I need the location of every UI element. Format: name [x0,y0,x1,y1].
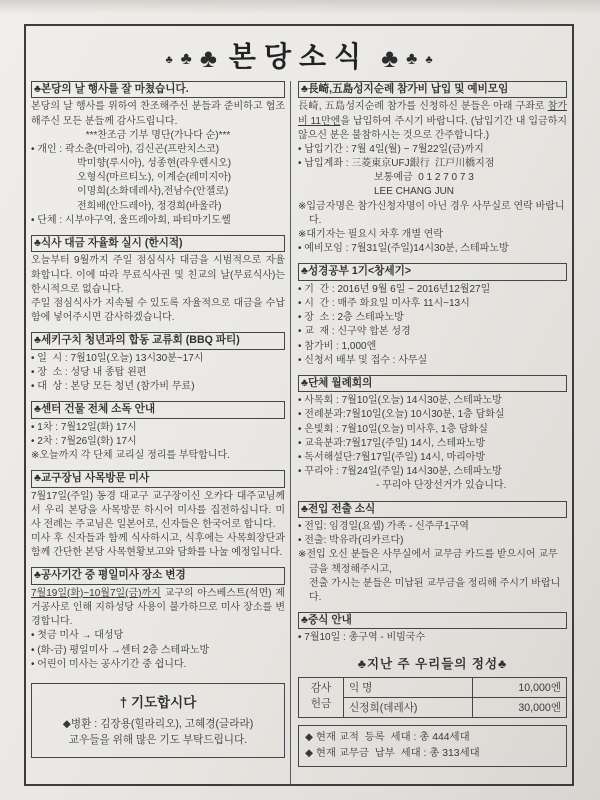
section-header: ♣단체 월례회의 [298,375,567,392]
info-line: • 기 간 : 2016년 9월 6일 ~ 2016년12월27일 [298,283,567,297]
info-line: • 장 소 : 2층 스테파노방 [298,311,567,325]
donor-line: 박미향(루시아), 성종현(라우렌시오) [31,157,285,171]
meeting-line: • 교육분과:7월17일(주일) 14시, 스테파노방 [298,437,567,451]
info-line: • 시 간 : 매주 화요일 미사후 11시~13시 [298,297,567,311]
columns: ♣본당의 날 행사를 잘 마쳤습니다. 본당의 날 행사를 위하여 찬조해주신 … [26,79,572,785]
newsletter-photo: ♣♣♣본당소식♣♣♣ ♣본당의 날 행사를 잘 마쳤습니다. 본당의 날 행사를… [0,0,600,800]
stats-line: ◆ 현재 교무금 납부 세대 : 총 313세대 [305,746,560,762]
section-header: ♣중식 안내 [298,612,567,629]
body-paragraph: 7월17일(주일) 동경 대교구 교구장이신 오카다 대주교님께서 우리 본당을… [31,490,285,533]
offer-type-line: 헌금 [304,697,338,713]
newsletter-title: ♣♣♣본당소식♣♣♣ [26,35,572,75]
info-line: • 교 재 : 신구약 합본 성경 [298,325,567,339]
section-header: ♣교구장님 사목방문 미사 [31,470,285,487]
note-line: ※전입 오신 분들은 사무실에서 교무금 카드를 받으시어 교무금을 책정해주시… [298,548,567,576]
info-line: • 첫금 미사 → 대성당 [31,629,285,643]
club-icon: ♣ [181,49,192,68]
offer-type-line: 감사 [304,681,338,697]
section-archbishop-visit: ♣교구장님 사목방문 미사 7월17일(주일) 동경 대교구 교구장이신 오카다… [31,470,285,560]
body-paragraph: 미사 후 신자들과 함께 식사하시고, 식후에는 사목회장단과 함께 간단한 본… [31,532,285,560]
section-lunch-info: ♣중식 안내 • 7월10일 : 총구역 - 비빔국수 [298,612,567,646]
body-paragraph: 7월19일(화)~10월7일(금)까지 교구의 아스베스트(석면) 제거공사로 … [31,587,285,630]
info-line: ※오늘까지 각 단체 교리실 정리를 부탁합니다. [31,449,285,463]
note-line: ※대기자는 필요시 차후 개별 연락 [298,228,567,242]
donor-name-cell: 익 명 [344,677,473,697]
amount-cell: 30,000엔 [473,697,567,717]
info-line: • 일 시 : 7월10일(오늘) 13시30분~17시 [31,352,285,366]
body-paragraph: 長崎, 五島성지순례 참가를 신청하신 분들은 아래 구좌로 참가비 11만엔을… [298,100,567,143]
section-bbq-party: ♣세키구치 청년과의 합동 교류회 (BBQ 파티) • 일 시 : 7월10일… [31,332,285,394]
meeting-line: • 꾸리아 : 7월24일(주일) 14시30분, 스테파노방 [298,465,567,479]
donor-line: 오형식(마르티노), 이계순(레미지아) [31,171,285,185]
section-header: ♣성경공부 1기<창세기> [298,263,567,280]
prayer-line: 교우들을 위해 많은 기도 부탁드립니다. [36,733,280,749]
body-paragraph: 오늘부터 9월까지 주일 점심식사 대금을 시범적으로 자율화합니다. 이에 따… [31,254,285,297]
section-pilgrimage-payment: ♣長崎,五島성지순례 참가비 납입 및 예비모임 長崎, 五島성지순례 참가를 … [298,81,567,256]
section-header: ♣전입 전출 소식 [298,501,567,518]
section-bible-study: ♣성경공부 1기<창세기> • 기 간 : 2016년 9월 6일 ~ 2016… [298,263,567,367]
donor-list-title: ***찬조금 기부 명단(가나다 순)*** [31,129,285,143]
info-line: • 1차 : 7월12일(화) 17시 [31,421,285,435]
info-line: • 대 상 : 본당 모든 청년 (참가비 무료) [31,380,285,394]
note-line: ※입금자명은 참가신청자명이 아닌 경우 사무실로 연락 바랍니다. [298,200,567,228]
section-header: ♣공사기간 중 평일미사 장소 변경 [31,567,285,584]
section-header: ♣長崎,五島성지순례 참가비 납입 및 예비모임 [298,81,567,98]
offer-type-cell: 감사 헌금 [299,677,344,717]
section-header: ♣본당의 날 행사를 잘 마쳤습니다. [31,81,285,98]
prayer-line: ◆병환 : 김장용(힐라리오), 고혜경(글라라) [36,717,280,733]
account-line: 보통예금 0 1 2 7 0 7 3 [298,171,567,185]
right-column: ♣長崎,五島성지순례 참가비 납입 및 예비모임 長崎, 五島성지순례 참가를 … [290,81,567,785]
amount-cell: 10,000엔 [473,677,567,697]
club-icon: ♣ [381,43,398,73]
donor-line: 전희배(안드레아), 정경희(바울라) [31,200,285,214]
prayer-box: † 기도합시다 ◆병환 : 김장용(힐라리오), 고혜경(글라라) 교우들을 위… [31,683,285,758]
page-border: ♣♣♣본당소식♣♣♣ ♣본당의 날 행사를 잘 마쳤습니다. 본당의 날 행사를… [24,24,574,786]
meeting-line: • 사목회 : 7월10일(오늘) 14시30분, 스테파노방 [298,394,567,408]
info-line: • 2차 : 7월26일(화) 17시 [31,435,285,449]
left-column: ♣본당의 날 행사를 잘 마쳤습니다. 본당의 날 행사를 위하여 찬조해주신 … [31,81,290,785]
donor-line: • 단체 : 시부야구역, 울뜨레아회, 파티마기도쎌 [31,214,285,228]
info-line: • 어린이 미사는 공사기간 중 쉽니다. [31,658,285,672]
meeting-line: • 독서해설단:7월17일(주일) 14시, 마리아방 [298,451,567,465]
table-row: 감사 헌금 익 명 10,000엔 [299,677,567,697]
meeting-note: - 꾸리아 단장선거가 있습니다. [298,479,567,493]
note-line: 전출 가시는 분들은 미납된 교무금을 정리해 주시기 바랍니다. [298,577,567,605]
section-monthly-meetings: ♣단체 월례회의 • 사목회 : 7월10일(오늘) 14시30분, 스테파노방… [298,375,567,494]
paragraph-pre: 長崎, 五島성지순례 참가를 신청하신 분들은 아래 구좌로 [298,101,548,112]
donor-name-cell: 신정희(데레사) [344,697,473,717]
club-icon: ♣ [165,54,172,66]
meeting-line: • 은빛회 : 7월10일(오늘) 미사후, 1층 담화실 [298,423,567,437]
offerings-table: 감사 헌금 익 명 10,000엔 신정희(데레사) 30,000엔 [298,677,567,718]
section-move-in-out: ♣전입 전출 소식 • 전입: 임경일(요셉) 가족 - 신주쿠1구역 • 전출… [298,501,567,605]
donor-line: 이명희(소화데레사),전남수(안젤로) [31,185,285,199]
info-line: • 장 소 : 성당 내 종탑 왼편 [31,366,285,380]
section-meal-fee: ♣식사 대금 자율화 실시 (한시적) 오늘부터 9월까지 주일 점심식사 대금… [31,235,285,325]
info-line: • 전입: 임경일(요셉) 가족 - 신주쿠1구역 [298,520,567,534]
page-title: 본당소식 [229,42,369,73]
section-offerings: ♣지난 주 우리들의 정성♣ 감사 헌금 익 명 10,000엔 [298,654,567,767]
info-line: • (화-금) 평일미사 →센터 2층 스테파노방 [31,644,285,658]
info-line: • 전출: 박유라(리카르다) [298,534,567,548]
club-icon: ♣ [425,54,432,66]
body-paragraph: 본당의 날 행사를 위하여 찬조해주신 분들과 준비하고 협조해주신 모든 분들… [31,100,285,128]
section-parish-day: ♣본당의 날 행사를 잘 마쳤습니다. 본당의 날 행사를 위하여 찬조해주신 … [31,81,285,228]
section-mass-location-change: ♣공사기간 중 평일미사 장소 변경 7월19일(화)~10월7일(금)까지 교… [31,567,285,671]
stats-line: ◆ 현재 교적 등록 세대 : 총 444세대 [305,730,560,746]
offerings-title: ♣지난 주 우리들의 정성♣ [298,654,567,672]
section-disinfection: ♣센터 건물 전체 소독 안내 • 1차 : 7월12일(화) 17시 • 2차… [31,401,285,463]
donor-line: • 개인 : 곽소춘(마리아), 김신곤(프란치스코) [31,143,285,157]
info-line: • 납입기간 : 7월 4일(월) ~ 7월22일(금)까지 [298,143,567,157]
club-icon: ♣ [200,43,217,73]
info-line: • 참가비 : 1,000엔 [298,340,567,354]
info-line: • 7월10일 : 총구역 - 비빔국수 [298,631,567,645]
section-header: ♣세키구치 청년과의 합동 교류회 (BBQ 파티) [31,332,285,349]
meeting-line: • 전례분과:7월10일(오늘) 10시30분, 1층 담화실 [298,408,567,422]
prayer-title: † 기도합시다 [36,691,280,711]
info-line: • 납입계좌 : 三菱東京UFJ銀行 江戸川橋지점 [298,157,567,171]
club-icon: ♣ [406,49,417,68]
section-header: ♣센터 건물 전체 소독 안내 [31,401,285,418]
info-line: • 신청서 배부 및 접수 : 사무실 [298,354,567,368]
section-header: ♣식사 대금 자율화 실시 (한시적) [31,235,285,252]
account-line: LEE CHANG JUN [298,185,567,199]
info-line: • 예비모임 : 7월31일(주일)14시30분, 스테파노방 [298,242,567,256]
underlined-date-range: 7월19일(화)~10월7일(금)까지 [31,588,161,599]
household-stats-box: ◆ 현재 교적 등록 세대 : 총 444세대 ◆ 현재 교무금 납부 세대 :… [298,725,567,767]
body-paragraph: 주일 점심식사가 지속될 수 있도록 자율적으로 대금을 수납함에 넣어주시면 … [31,297,285,325]
